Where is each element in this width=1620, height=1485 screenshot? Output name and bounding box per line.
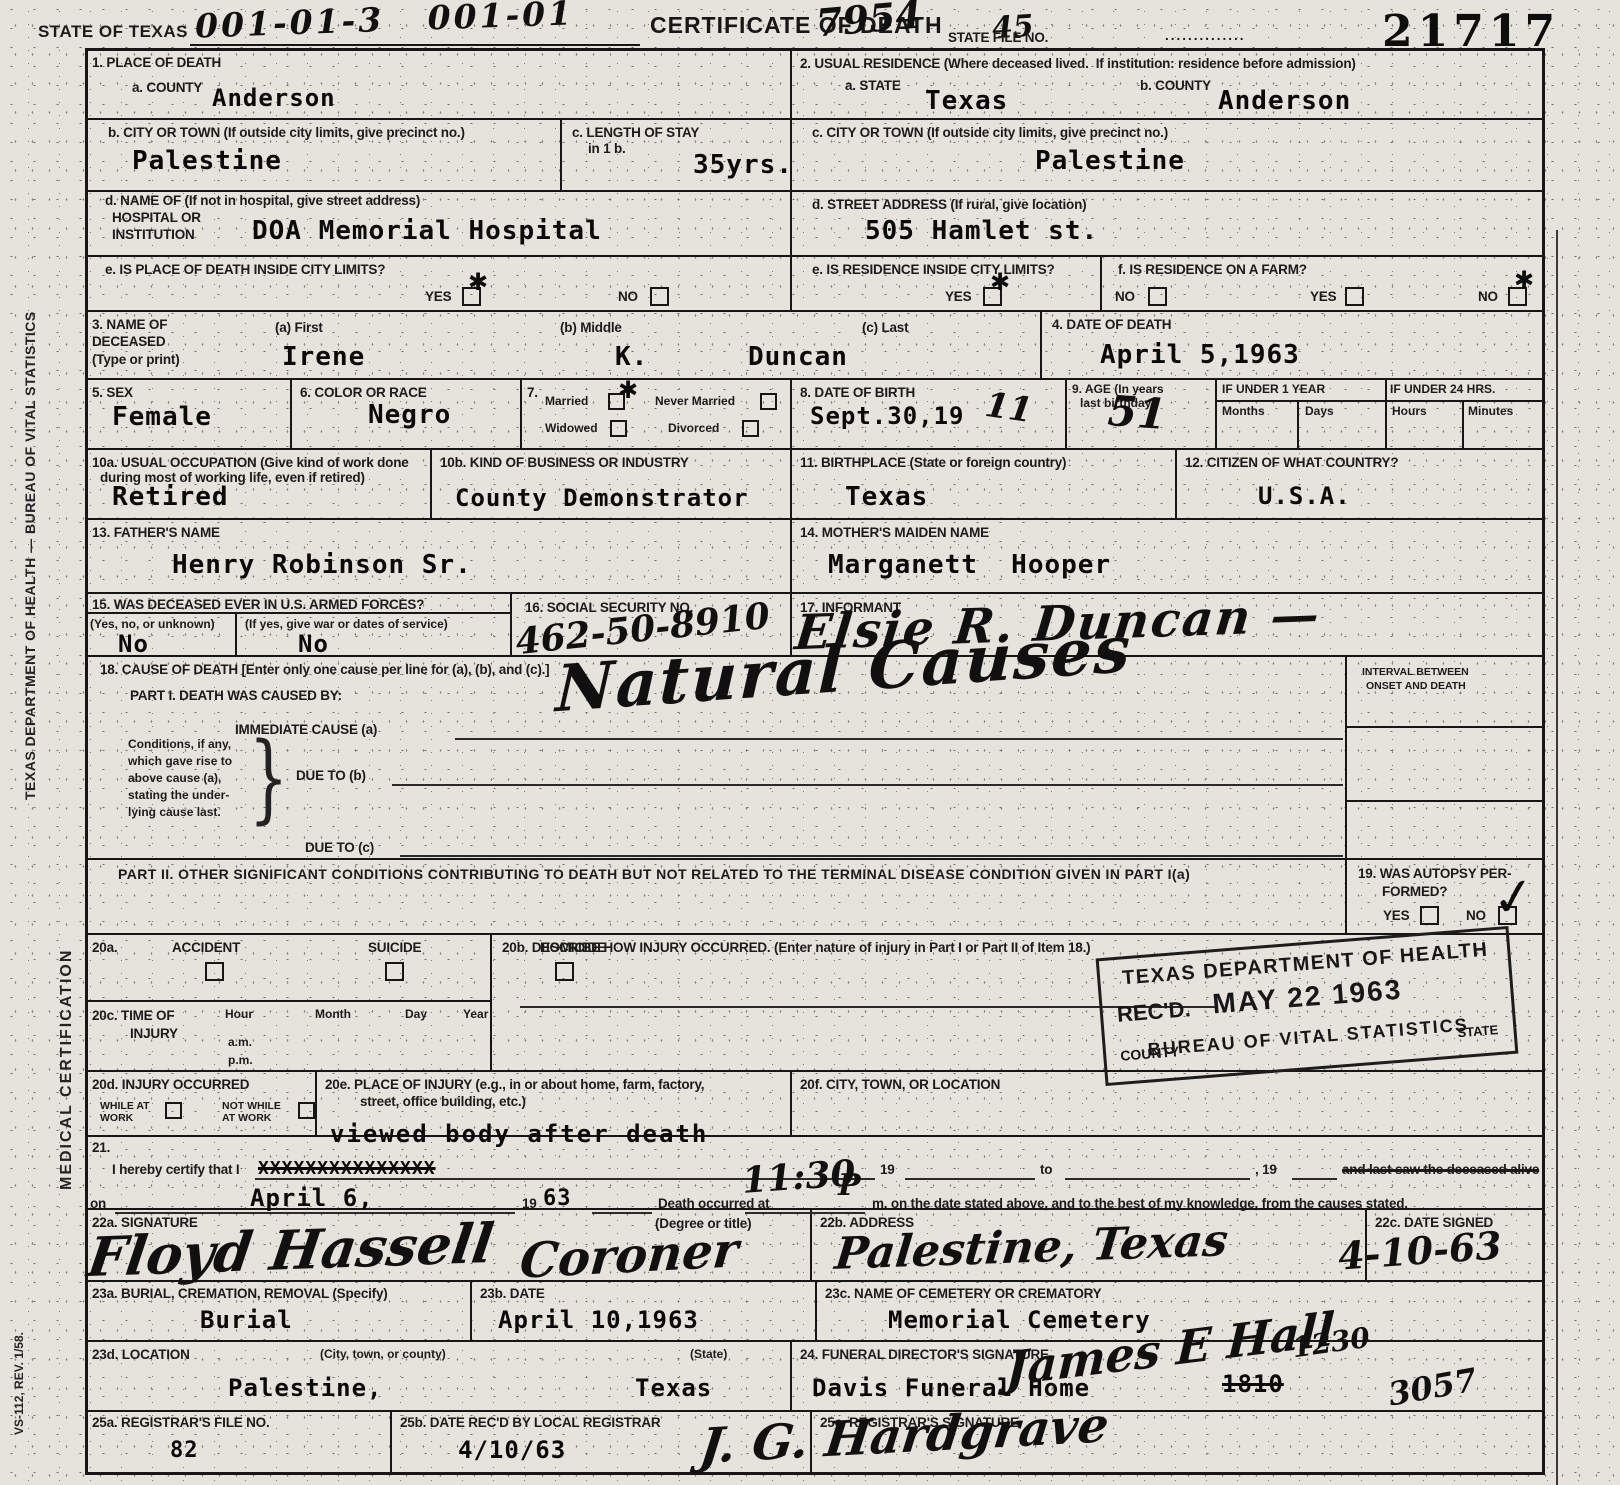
- usual-residence-label: 2. USUAL RESIDENCE (Where deceased lived…: [800, 56, 1356, 72]
- state-file-no-label: STATE FILE NO.: [948, 30, 1048, 46]
- homicide-checkbox: [555, 962, 574, 981]
- street-address-value: 505 Hamlet st.: [865, 216, 1098, 246]
- first-name-label: (a) First: [275, 320, 323, 336]
- rule-line: [1215, 400, 1545, 402]
- writing-line: [1292, 1178, 1337, 1180]
- time-of-injury-label-1: 20c. TIME OF: [92, 1008, 174, 1024]
- no-label: NO: [618, 289, 638, 305]
- registrars-file-no-value: 82: [170, 1438, 199, 1463]
- mothers-maiden-name-label: 14. MOTHER'S MAIDEN NAME: [800, 525, 989, 541]
- residence-county-label: b. COUNTY: [1140, 78, 1211, 94]
- rule-line: [815, 1280, 817, 1340]
- state-sublabel: (State): [690, 1348, 727, 1362]
- hours-label: Hours: [1392, 405, 1427, 419]
- place-of-death-label: 1. PLACE OF DEATH: [92, 55, 221, 71]
- rule-line: [510, 592, 512, 655]
- year-19-label: 19: [522, 1196, 537, 1212]
- rule-line: [520, 378, 522, 448]
- burial-state-value: Texas: [635, 1374, 712, 1402]
- suicide-label: SUICIDE: [368, 940, 421, 956]
- state-of-texas-label: STATE OF TEXAS: [38, 22, 188, 42]
- stamp-county-label: COUNTY: [1120, 1043, 1180, 1064]
- conditions-text-5: lying cause last.: [128, 806, 221, 820]
- received-stamp: TEXAS DEPARTMENT OF HEALTH REC'D. MAY 22…: [1096, 926, 1519, 1086]
- registrars-file-no-label: 25a. REGISTRAR'S FILE NO.: [92, 1415, 270, 1431]
- armed-forces-answer: No: [118, 630, 149, 658]
- rule-line: [1175, 448, 1177, 518]
- form-border-bottom: [85, 1472, 1545, 1475]
- date-of-death-label: 4. DATE OF DEATH: [1052, 317, 1171, 333]
- rule-line: [490, 933, 492, 1070]
- hospital-value: DOA Memorial Hospital: [252, 216, 602, 246]
- city-town-location-label: 20f. CITY, TOWN, OR LOCATION: [800, 1077, 1000, 1093]
- rule-line: [390, 1410, 392, 1473]
- struck-out-text: XXXXXXXXXXXXXXX: [258, 1158, 436, 1179]
- kind-of-business-label: 10b. KIND OF BUSINESS OR INDUSTRY: [440, 455, 689, 471]
- while-at-work-checkbox: [165, 1102, 182, 1119]
- last-name-label: (c) Last: [862, 320, 908, 336]
- armed-forces-label: 15. WAS DECEASED EVER IN U.S. ARMED FORC…: [92, 597, 424, 613]
- time-of-injury-label-2: INJURY: [130, 1026, 178, 1042]
- writing-line: [1065, 1178, 1250, 1180]
- burial-date-value: April 10,1963: [498, 1306, 699, 1334]
- rule-line: [315, 1070, 317, 1135]
- rule-line: [85, 255, 1545, 257]
- yes-checkbox: [1345, 287, 1364, 306]
- date-signed-handwritten: 4-10-63: [1337, 1222, 1503, 1278]
- never-married-checkbox: [760, 393, 777, 410]
- middle-name-value: K.: [615, 342, 648, 372]
- institution-label: INSTITUTION: [112, 227, 195, 243]
- rule-line: [85, 310, 1545, 312]
- rule-line: [1100, 255, 1102, 310]
- rule-line: [1345, 800, 1545, 802]
- rule-line: [790, 1070, 792, 1135]
- due-to-b-label: DUE TO (b): [296, 768, 366, 784]
- divorced-checkbox: [742, 420, 759, 437]
- due-to-c-label: DUE TO (c): [305, 840, 374, 856]
- type-or-print-label: (Type or print): [92, 352, 180, 368]
- if-under-1-year-label: IF UNDER 1 YEAR: [1222, 383, 1325, 397]
- war-dates-answer: No: [298, 630, 329, 658]
- month-label: Month: [315, 1008, 351, 1022]
- rule-line: [810, 1208, 812, 1280]
- writing-line: [745, 1212, 865, 1214]
- rule-line: [1462, 400, 1464, 448]
- never-married-label: Never Married: [655, 395, 735, 409]
- autopsy-yes-checkbox: [1420, 906, 1439, 925]
- interval-label-1: INTERVAL BETWEEN: [1362, 666, 1469, 679]
- cemetery-name-label: 23c. NAME OF CEMETERY OR CREMATORY: [825, 1286, 1102, 1302]
- date-of-birth-label: 8. DATE OF BIRTH: [800, 385, 915, 401]
- minutes-label: Minutes: [1468, 405, 1513, 419]
- handwritten-year-number: 7954: [814, 0, 923, 46]
- citizenship-value: U.S.A.: [1258, 482, 1351, 510]
- asterisk-mark: ✱: [468, 268, 488, 296]
- year-label: Year: [463, 1008, 488, 1022]
- burial-location-label: 23d. LOCATION: [92, 1347, 190, 1363]
- length-of-stay-sublabel: in 1 b.: [588, 141, 626, 157]
- widowed-label: Widowed: [545, 422, 598, 436]
- length-of-stay-label: c. LENGTH OF STAY: [572, 125, 699, 141]
- struck-number: 1810: [1222, 1370, 1284, 1398]
- date-of-birth-value: Sept.30,19: [810, 402, 965, 430]
- county-label: a. COUNTY: [132, 80, 202, 96]
- interval-label-2: ONSET AND DEATH: [1366, 680, 1466, 693]
- writing-line: [400, 855, 1343, 857]
- accident-label: ACCIDENT: [172, 940, 240, 956]
- city-or-town-label: b. CITY OR TOWN (If outside city limits,…: [108, 125, 465, 141]
- rule-line: [1345, 655, 1347, 933]
- no-checkbox: [650, 287, 669, 306]
- mothers-maiden-name-value: Marganett Hooper: [828, 550, 1111, 580]
- pm-label: p.m.: [228, 1054, 253, 1068]
- burial-value: Burial: [200, 1306, 293, 1334]
- last-saw-struck-text: and last saw the deceased alive: [1342, 1162, 1539, 1178]
- birth-year-handwritten: 11: [982, 385, 1034, 431]
- street-address-label: d. STREET ADDRESS (If rural, give locati…: [812, 197, 1086, 213]
- form-border-top: [85, 48, 1545, 51]
- handwritten-number-3057: 3057: [1385, 1361, 1479, 1414]
- item-21-label: 21.: [92, 1140, 110, 1156]
- deceased-label: DECEASED: [92, 334, 165, 350]
- rule-line: [85, 518, 1545, 520]
- no-label: NO: [1478, 289, 1498, 305]
- days-label: Days: [1305, 405, 1334, 419]
- margin-department-label: TEXAS DEPARTMENT OF HEALTH — BUREAU OF V…: [22, 311, 38, 800]
- part-two-label: PART II. OTHER SIGNIFICANT CONDITIONS CO…: [118, 866, 1190, 882]
- rule-line: [85, 118, 1545, 120]
- birthplace-value: Texas: [845, 482, 928, 512]
- death-certificate-scan: TEXAS DEPARTMENT OF HEALTH — BUREAU OF V…: [0, 0, 1620, 1485]
- name-of-deceased-label: 3. NAME OF: [92, 317, 167, 333]
- residence-city-value: Palestine: [1035, 146, 1185, 176]
- usual-occupation-label: 10a. USUAL OCCUPATION (Give kind of work…: [92, 455, 409, 471]
- certifier-signature: Floyd Hassell: [84, 1211, 498, 1289]
- business-value: County Demonstrator: [455, 484, 749, 512]
- middle-name-label: (b) Middle: [560, 320, 622, 336]
- date-of-death-value: April 5,1963: [1100, 340, 1300, 370]
- rule-line: [235, 612, 237, 655]
- residence-inside-city-limits-label: e. IS RESIDENCE INSIDE CITY LIMITS?: [812, 262, 1055, 278]
- margin-medical-certification-label: MEDICAL CERTIFICATION: [58, 949, 76, 1190]
- sex-label: 5. SEX: [92, 385, 133, 401]
- autopsy-label-2: FORMED?: [1382, 884, 1447, 900]
- conditions-text-1: Conditions, if any,: [128, 738, 231, 752]
- place-of-injury-label-1: 20e. PLACE OF INJURY (e.g., in or about …: [325, 1077, 704, 1093]
- if-under-24-hrs-label: IF UNDER 24 HRS.: [1390, 383, 1495, 397]
- rule-line: [790, 518, 792, 592]
- rule-line: [85, 378, 1545, 380]
- rule-line: [290, 378, 292, 448]
- marital-status-label: 7.: [527, 385, 538, 401]
- scan-edge-line: [1556, 230, 1558, 1485]
- first-name-value: Irene: [282, 342, 365, 372]
- place-of-injury-label-2: street, office building, etc.): [360, 1094, 526, 1110]
- day-label: Day: [405, 1008, 427, 1022]
- yes-label: YES: [1310, 289, 1336, 305]
- to-label: to: [1040, 1162, 1052, 1178]
- not-while-at-work-label-2: AT WORK: [222, 1112, 271, 1125]
- cause-of-death-label: 18. CAUSE OF DEATH [Enter only one cause…: [100, 662, 549, 678]
- length-of-stay-value: 35yrs.: [693, 150, 793, 180]
- city-value: Palestine: [132, 146, 282, 176]
- certify-text: I hereby certify that I: [112, 1162, 239, 1178]
- check-mark: ✓: [1488, 865, 1540, 930]
- burial-date-label: 23b. DATE: [480, 1286, 545, 1302]
- certify-year-typed: 63: [543, 1186, 572, 1211]
- fathers-name-value: Henry Robinson Sr.: [172, 550, 472, 580]
- suicide-checkbox: [385, 962, 404, 981]
- rule-line: [470, 1280, 472, 1340]
- yes-label: YES: [425, 289, 451, 305]
- months-label: Months: [1222, 405, 1265, 419]
- not-while-at-work-checkbox: [298, 1102, 315, 1119]
- certify-date-typed: April 6,: [250, 1184, 374, 1212]
- viewed-body-typed-note: viewed body after death: [330, 1120, 708, 1148]
- rule-line: [1040, 310, 1042, 378]
- last-name-value: Duncan: [748, 342, 848, 372]
- county-value: Anderson: [212, 84, 336, 112]
- rule-line: [1215, 378, 1217, 448]
- residence-on-farm-label: f. IS RESIDENCE ON A FARM?: [1118, 262, 1307, 278]
- dotted-leader: ..............: [1165, 28, 1246, 44]
- accident-checkbox: [205, 962, 224, 981]
- comma-19-label: , 19: [1255, 1162, 1277, 1178]
- certifier-title-handwritten: Coroner: [518, 1222, 741, 1290]
- yes-label: YES: [1383, 908, 1409, 924]
- while-at-work-label-2: WORK: [100, 1112, 133, 1125]
- city-town-county-sublabel: (City, town, or county): [320, 1348, 446, 1362]
- race-value: Negro: [368, 400, 451, 430]
- hospital-name-label: d. NAME OF (If not in hospital, give str…: [105, 193, 420, 209]
- no-label: NO: [1115, 289, 1135, 305]
- birthplace-label: 11. BIRTHPLACE (State or foreign country…: [800, 455, 1066, 471]
- burial-city-value: Palestine,: [228, 1374, 383, 1402]
- rule-line: [790, 378, 792, 448]
- stamp-recd-label: REC'D.: [1116, 996, 1192, 1028]
- part-one-label: PART I. DEATH WAS CAUSED BY:: [130, 688, 342, 704]
- not-while-at-work-label-1: NOT WHILE: [222, 1100, 281, 1113]
- rule-line: [85, 933, 1545, 935]
- writing-line: [392, 784, 1343, 786]
- am-label: a.m.: [228, 1036, 252, 1050]
- item-20a-label: 20a.: [92, 940, 117, 956]
- conditions-text-2: which gave rise to: [128, 755, 232, 769]
- citizen-of-what-country-label: 12. CITIZEN OF WHAT COUNTRY?: [1185, 455, 1398, 471]
- on-label: on: [90, 1196, 106, 1212]
- rule-line: [85, 1135, 1545, 1137]
- rule-line: [190, 44, 640, 46]
- asterisk-mark: ✱: [618, 376, 638, 404]
- date-recd-value: 4/10/63: [458, 1436, 566, 1464]
- handwritten-registration-code: 001-01-3 001-01: [194, 0, 574, 46]
- rule-line: [1385, 378, 1387, 448]
- rule-line: [85, 1000, 490, 1002]
- burial-cremation-removal-label: 23a. BURIAL, CREMATION, REMOVAL (Specify…: [92, 1286, 388, 1302]
- brace-glyph: }: [249, 722, 289, 834]
- rule-line: [85, 1070, 1545, 1072]
- married-label: Married: [545, 395, 588, 409]
- rule-line: [85, 448, 1545, 450]
- describe-injury-label: 20b. DESCRIBE HOW INJURY OCCURRED. (Ente…: [502, 940, 1090, 956]
- while-at-work-label-1: WHILE AT: [100, 1100, 150, 1113]
- color-or-race-label: 6. COLOR OR RACE: [300, 385, 427, 401]
- rule-line: [430, 448, 432, 518]
- conditions-text-4: stating the under-: [128, 789, 229, 803]
- age-value-handwritten: 51: [1106, 386, 1168, 439]
- form-border-right: [1542, 48, 1545, 1475]
- writing-line: [905, 1178, 1035, 1180]
- registrars-signature: J. G. Hardgrave: [697, 1397, 1112, 1475]
- rule-line: [85, 858, 1545, 860]
- rule-line: [790, 448, 792, 518]
- date-recd-by-registrar-label: 25b. DATE REC'D BY LOCAL REGISTRAR: [400, 1415, 660, 1431]
- war-dates-sublabel: (If yes, give war or dates of service): [245, 618, 448, 632]
- injury-occurred-label: 20d. INJURY OCCURRED: [92, 1077, 249, 1093]
- rule-line: [560, 118, 562, 190]
- death-time-ampm-handwritten: P: [838, 1168, 861, 1203]
- rule-line: [85, 592, 1545, 594]
- stamp-bureau-line: BUREAU OF VITAL STATISTICS: [1147, 1014, 1469, 1060]
- rule-line: [1297, 400, 1299, 448]
- asterisk-mark: ✱: [990, 268, 1010, 296]
- rule-line: [1065, 378, 1067, 448]
- margin-form-number-label: VS-112, REV. 1/58.: [12, 1332, 26, 1435]
- no-checkbox: [1148, 287, 1167, 306]
- certify-tail-text: m. on the date stated above, and to the …: [872, 1196, 1408, 1212]
- writing-line: [592, 1212, 652, 1214]
- asterisk-mark: ✱: [1514, 266, 1534, 294]
- no-label: NO: [1466, 908, 1486, 924]
- residence-state-value: Texas: [925, 86, 1008, 116]
- residence-county-value: Anderson: [1218, 86, 1351, 116]
- conditions-text-3: above cause (a),: [128, 772, 221, 786]
- widowed-checkbox: [610, 420, 627, 437]
- stamp-state-label: STATE: [1457, 1022, 1499, 1040]
- writing-line: [455, 738, 1343, 740]
- rule-line: [790, 1340, 792, 1410]
- fathers-name-label: 13. FATHER'S NAME: [92, 525, 220, 541]
- occupation-value: Retired: [112, 482, 229, 512]
- divorced-label: Divorced: [668, 422, 719, 436]
- year-19-label: 19: [880, 1162, 895, 1178]
- hour-label: Hour: [225, 1008, 253, 1022]
- yes-no-unknown-sublabel: (Yes, no, or unknown): [90, 618, 215, 632]
- death-inside-city-limits-label: e. IS PLACE OF DEATH INSIDE CITY LIMITS?: [105, 262, 385, 278]
- residence-state-label: a. STATE: [845, 78, 901, 94]
- hospital-or-label: HOSPITAL OR: [112, 210, 201, 226]
- sex-value: Female: [112, 402, 212, 432]
- rule-line: [1345, 726, 1545, 728]
- residence-city-label: c. CITY OR TOWN (If outside city limits,…: [812, 125, 1168, 141]
- rule-line: [85, 190, 1545, 192]
- yes-label: YES: [945, 289, 971, 305]
